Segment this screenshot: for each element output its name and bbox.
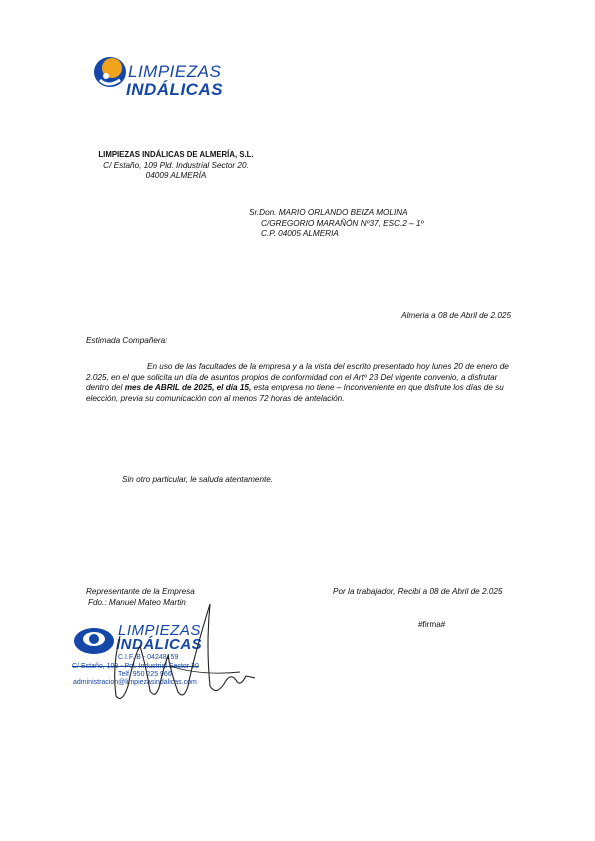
stamp-email: administracion@limpiezasindalicas.com: [73, 679, 197, 686]
salutation: Estimada Compañera:: [86, 336, 167, 347]
stamp-logo-icon: [72, 626, 116, 656]
letter-date: Almeria a 08 de Abril de 2.025: [401, 311, 511, 322]
worker-signature-placeholder: #firma#: [418, 620, 445, 631]
company-city: 04009 ALMERÍA: [86, 171, 266, 182]
stamp-phone: Telf. 950 225 966: [118, 671, 172, 678]
recipient-address: C/GREGORIO MARAÑÓN Nº37, ESC.2 – 1º: [249, 219, 424, 230]
stamp-text-line2: INDÁLICAS: [116, 636, 202, 653]
company-signer: Fdo.: Manuel Mateo Martin: [86, 598, 195, 609]
stamp-address: C/ Estaño, 109 - Pol. Industrial Sector …: [72, 663, 199, 670]
recipient-postal: C.P. 04005 ALMERIA: [249, 229, 424, 240]
body-bold: mes de ABRIL de 2025, el día 15,: [125, 383, 252, 392]
company-signature-block: Representante de la Empresa Fdo.: Manuel…: [86, 587, 195, 608]
company-role: Representante de la Empresa: [86, 587, 195, 598]
logo-text-line2: INDÁLICAS: [126, 80, 223, 100]
recipient-name: Sr.Don. MARIO ORLANDO BEIZA MOLINA: [249, 208, 424, 219]
stamp-cif: C.I.F. B - 04248159: [118, 654, 178, 661]
logo-text-line1: LIMPIEZAS: [128, 62, 221, 82]
letter-body: En uso de las facultades de la empresa y…: [86, 362, 518, 404]
recipient-block: Sr.Don. MARIO ORLANDO BEIZA MOLINA C/GRE…: [249, 208, 424, 240]
company-block: LIMPIEZAS INDÁLICAS DE ALMERÍA, S.L. C/ …: [86, 150, 266, 182]
closing: Sin otro particular, le saluda atentamen…: [122, 475, 273, 486]
company-name: LIMPIEZAS INDÁLICAS DE ALMERÍA, S.L.: [86, 150, 266, 161]
company-address: C/ Estaño, 109 Pld. Industrial Sector 20…: [86, 161, 266, 172]
worker-receipt: Por la trabajador, Recibi a 08 de Abril …: [333, 587, 502, 598]
